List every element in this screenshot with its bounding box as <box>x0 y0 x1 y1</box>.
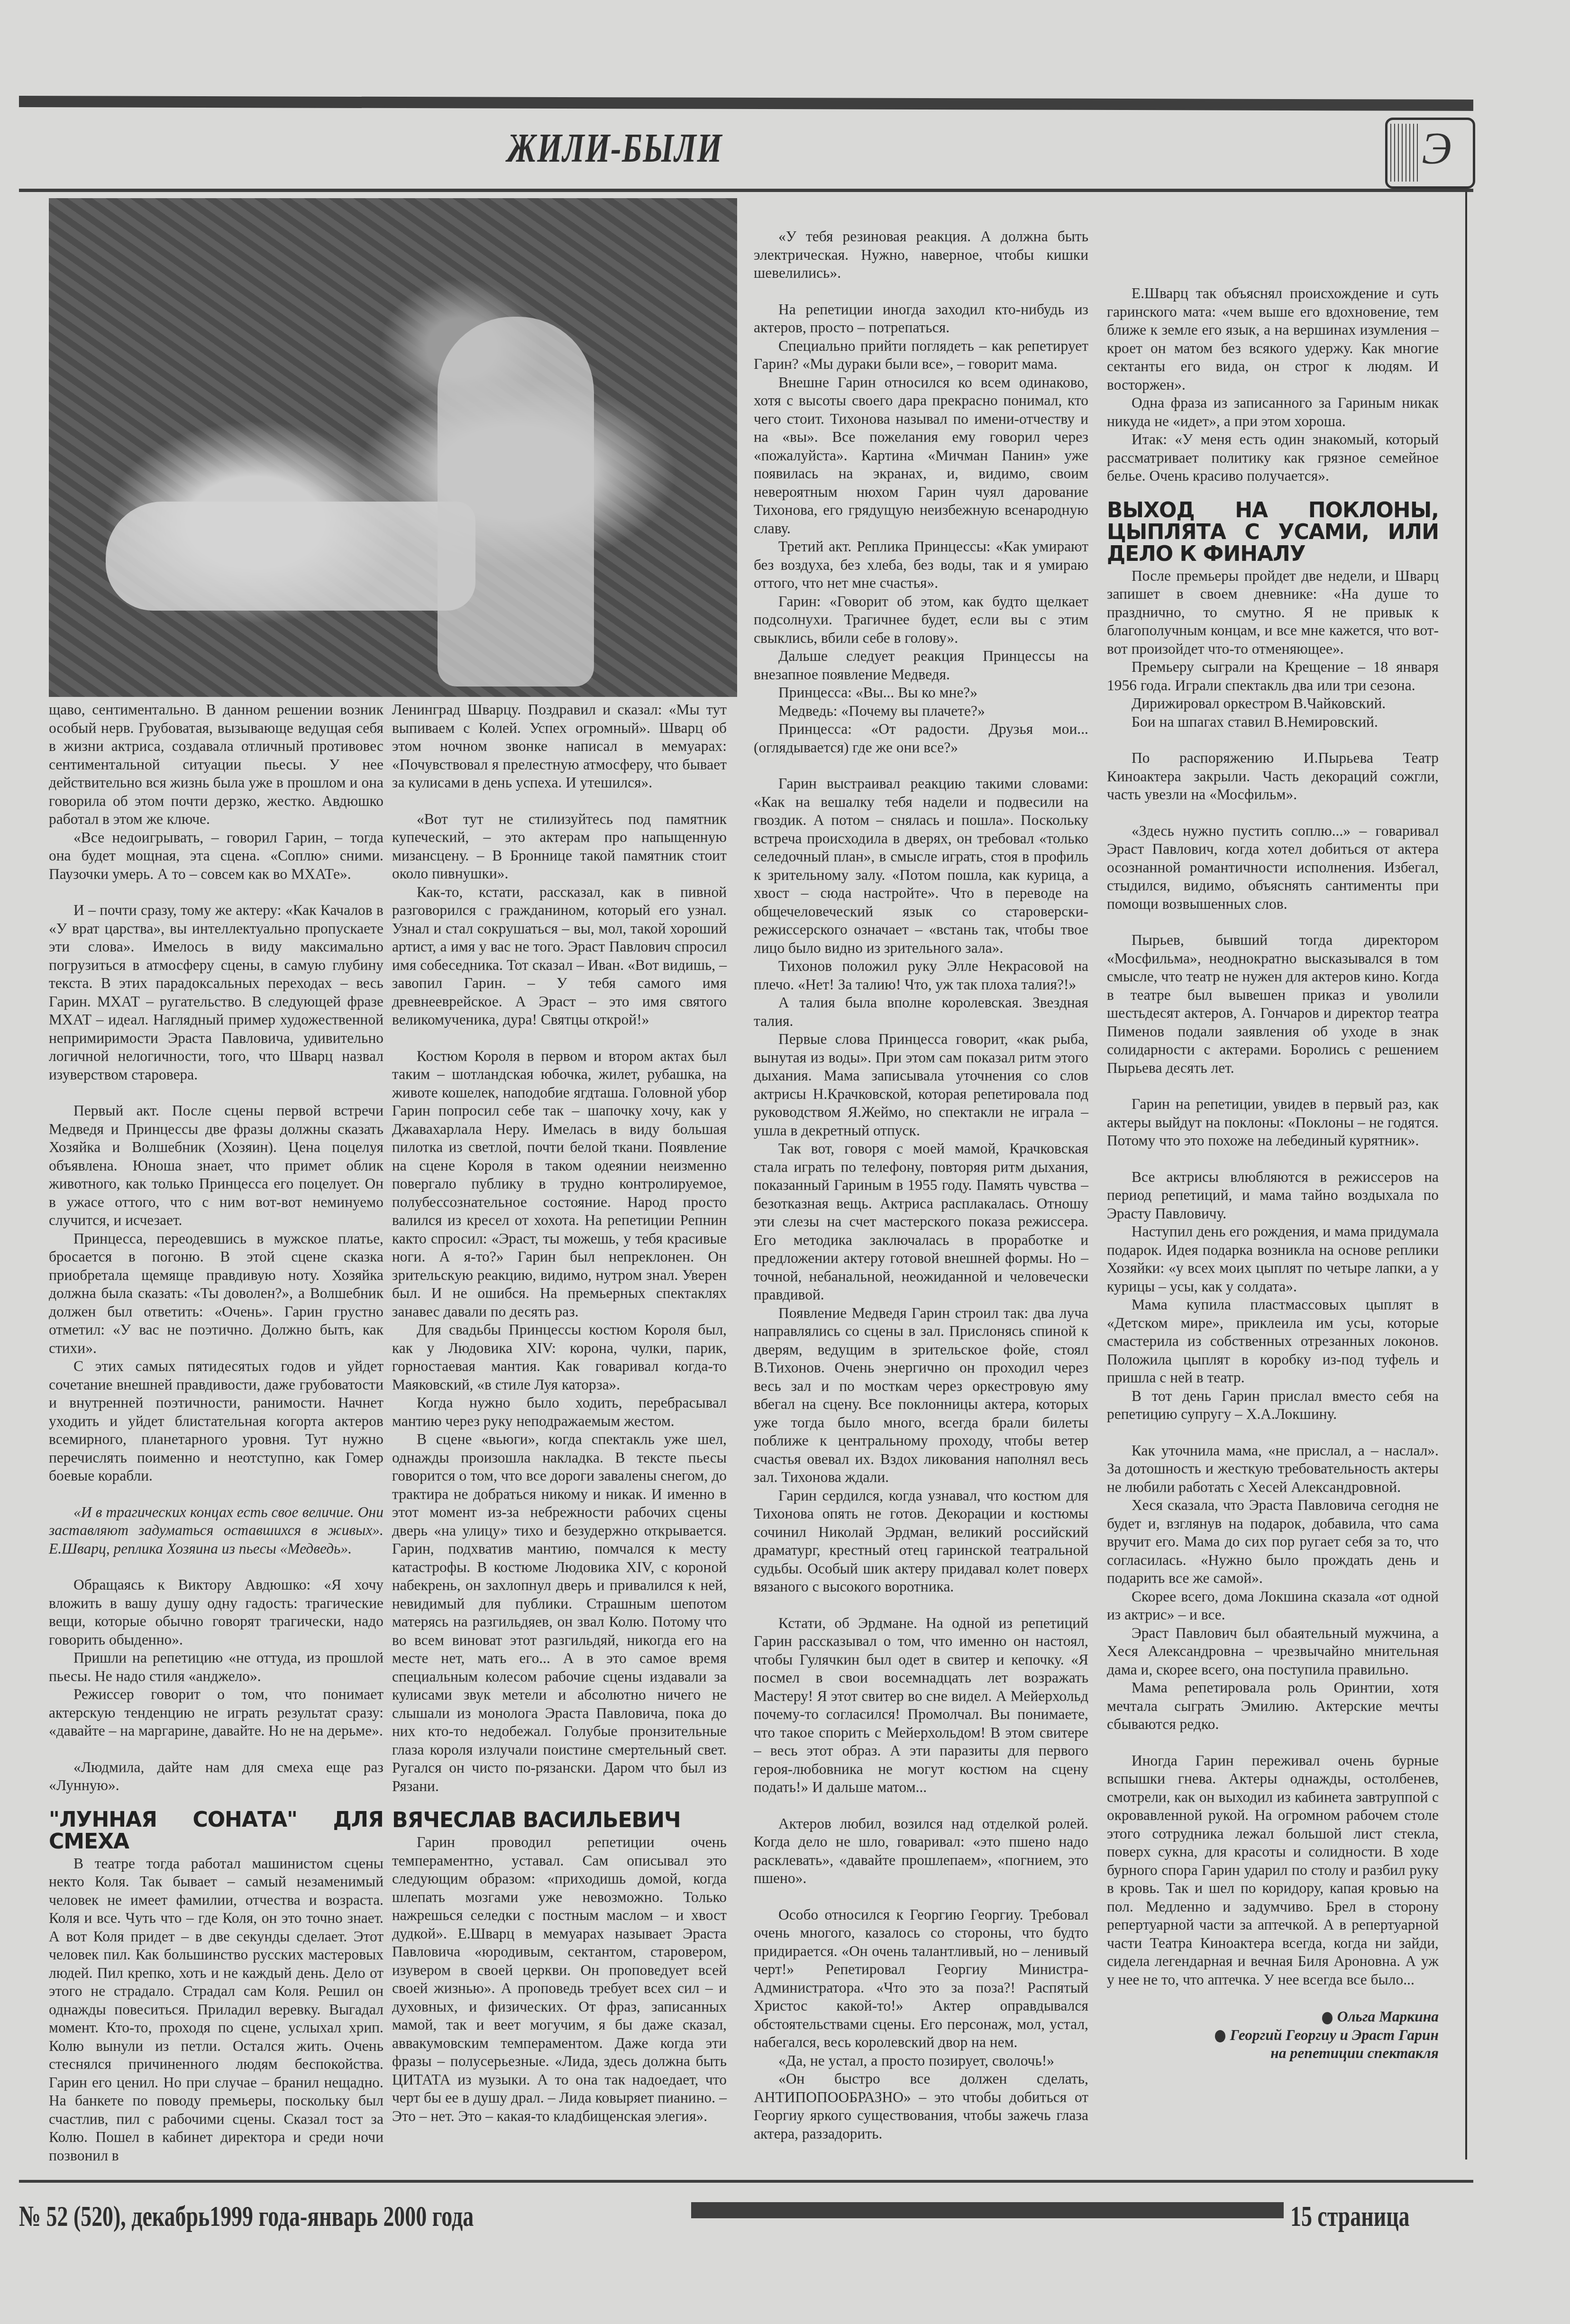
paragraph: Принцесса, переодевшись в мужское платье… <box>49 1230 383 1358</box>
paragraph: Наступил день его рождения, и мама приду… <box>1107 1223 1439 1296</box>
paragraph: Е.Шварц так объяснял происхождение и сут… <box>1107 284 1439 394</box>
paragraph: И – почти сразу, тому же актеру: «Как Ка… <box>49 901 383 1084</box>
paragraph: После премьеры пройдет две недели, и Шва… <box>1107 567 1439 659</box>
paragraph: Все актрисы влюбляются в режиссеров на п… <box>1107 1168 1439 1223</box>
paragraph: Первый акт. После сцены первой встречи М… <box>49 1102 383 1230</box>
article-column-4: Е.Шварц так объяснял происхождение и сут… <box>1107 284 1439 2063</box>
paragraph: Специально прийти поглядеть – как репети… <box>754 337 1088 374</box>
paragraph: «Да, не устал, а просто позирует, сволоч… <box>754 2052 1088 2070</box>
issue-info: № 52 (520), декабрь1999 года-январь 2000… <box>19 2200 474 2233</box>
paragraph: Пырьев, бывший тогда директором «Мосфиль… <box>1107 931 1439 1077</box>
photo-caption-line-2: на репетиции спектакля <box>1107 2044 1439 2063</box>
photo-figure-reclining <box>106 502 475 611</box>
paragraph: Медведь: «Почему вы плачете?» <box>754 702 1088 721</box>
paragraph: Дальше следует реакция Принцессы на внез… <box>754 647 1088 684</box>
paragraph: Гарин выстраивал реакцию такими словами:… <box>754 775 1088 957</box>
paragraph: «Все недоигрывать, – говорил Гарин, – то… <box>49 829 383 884</box>
paragraph: Как-то, кстати, рассказал, как в пивной … <box>392 883 727 1029</box>
paragraph: Мама репетировала роль Оринтии, хотя меч… <box>1107 1679 1439 1734</box>
paragraph: Иногда Гарин переживал очень бурные вспы… <box>1107 1752 1439 1989</box>
author-name: Ольга Маркина <box>1337 2008 1439 2025</box>
subheading: ВЫХОД НА ПОКЛОНЫ, ЦЫПЛЯТА С УСАМИ, ИЛИ Д… <box>1107 500 1439 565</box>
paragraph: Гарин: «Говорит об этом, как будто щелка… <box>754 593 1088 648</box>
paragraph: Так вот, говоря с моей мамой, Крачковска… <box>754 1140 1088 1304</box>
column-box-rule <box>1465 192 1467 2159</box>
bullet-icon <box>1322 2012 1333 2024</box>
paragraph: Кстати, об Эрдмане. На одной из репетици… <box>754 1614 1088 1797</box>
paragraph: Третий акт. Реплика Принцессы: «Как умир… <box>754 538 1088 593</box>
paragraph: Гарин на репетиции, увидев в первый раз,… <box>1107 1095 1439 1150</box>
paragraph: Гарин сердился, когда узнавал, что костю… <box>754 1487 1088 1596</box>
subheading: "ЛУННАЯ СОНАТА" ДЛЯ СМЕХА <box>49 1809 383 1853</box>
paragraph: Скорее всего, дома Локшина сказала «от о… <box>1107 1588 1439 1624</box>
subheading: ВЯЧЕСЛАВ ВАСИЛЬЕВИЧ <box>392 1810 727 1831</box>
paragraph: Первые слова Принцесса говорит, «как рыб… <box>754 1030 1088 1140</box>
paragraph: Принцесса: «Вы... Вы ко мне?» <box>754 684 1088 702</box>
epigraph-quote: «И в трагических концах есть свое величи… <box>49 1503 383 1558</box>
paragraph: Хеся сказала, что Эраста Павловича сегод… <box>1107 1496 1439 1588</box>
paragraph: По распоряжению И.Пырьева Театр Киноакте… <box>1107 749 1439 804</box>
paragraph: Актеров любил, возился над отделкой роле… <box>754 1815 1088 1888</box>
paragraph: Для свадьбы Принцессы костюм Короля был,… <box>392 1321 727 1394</box>
paragraph: Когда нужно было ходить, перебрасывал ма… <box>392 1394 727 1430</box>
paragraph: Появление Медведя Гарин строил так: два … <box>754 1304 1088 1487</box>
photo-caption-line: Георгий Георгиу и Эраст Гарин <box>1107 2026 1439 2045</box>
paragraph: Пришли на репетицию «не оттуда, из прошл… <box>49 1649 383 1685</box>
paragraph: Тихонов положил руку Элле Некрасовой на … <box>754 957 1088 994</box>
bullet-icon <box>1215 2030 1225 2042</box>
paragraph: Внешне Гарин относился ко всем одинаково… <box>754 374 1088 538</box>
footer-bar <box>691 2202 1284 2218</box>
photo-figure-standing <box>438 317 594 686</box>
header-top-bar <box>19 96 1473 111</box>
paragraph: Мама купила пластмассовых цыплят в «Детс… <box>1107 1296 1439 1387</box>
paragraph: Как уточнила мама, «не прислал, а – насл… <box>1107 1442 1439 1497</box>
paragraph: Обращаясь к Виктору Авдюшко: «Я хочу вло… <box>49 1576 383 1649</box>
curtain-lines-icon <box>1390 124 1419 182</box>
es-logo-icon: Э <box>1422 122 1451 174</box>
article-column-1: щаво, сентиментально. В данном решении в… <box>49 701 383 2165</box>
paragraph: Одна фраза из записанного за Гариным ник… <box>1107 394 1439 430</box>
paragraph: «Здесь нужно пустить соплю...» – говарив… <box>1107 822 1439 914</box>
paragraph: Итак: «У меня есть один знакомый, которы… <box>1107 430 1439 485</box>
paragraph: Костюм Короля в первом и втором актах бы… <box>392 1047 727 1321</box>
paragraph: В театре тогда работал машинистом сцены … <box>49 1855 383 2165</box>
section-title: ЖИЛИ-БЫЛИ <box>507 124 722 172</box>
paragraph: Ленинград Шварцу. Поздравил и сказал: «М… <box>392 701 727 792</box>
article-column-2: Ленинград Шварцу. Поздравил и сказал: «М… <box>392 701 727 2125</box>
paragraph: Эраст Павлович был обаятельный мужчина, … <box>1107 1624 1439 1679</box>
paragraph: Бои на шпагах ставил В.Немировский. <box>1107 713 1439 732</box>
article-column-3: «У тебя резиновая реакция. А должна быть… <box>754 228 1088 2143</box>
author-line: Ольга Маркина <box>1107 2008 1439 2026</box>
paragraph: щаво, сентиментально. В данном решении в… <box>49 701 383 829</box>
photo-caption: Георгий Георгиу и Эраст Гарин <box>1230 2027 1439 2043</box>
paragraph: «Людмила, дайте нам для смеха еще раз «Л… <box>49 1758 383 1795</box>
article-credits: Ольга Маркина Георгий Георгиу и Эраст Га… <box>1107 2008 1439 2063</box>
paragraph: В сцене «вьюги», когда спектакль уже шел… <box>392 1430 727 1795</box>
paragraph: В тот день Гарин прислал вместо себя на … <box>1107 1387 1439 1424</box>
header-rule <box>19 189 1473 192</box>
paragraph: Премьеру сыграли на Крещение – 18 января… <box>1107 658 1439 695</box>
masthead-logo: Э <box>1385 118 1475 189</box>
paragraph: Режиссер говорит о том, что понимает акт… <box>49 1685 383 1740</box>
paragraph: Дирижировал оркестром В.Чайковский. <box>1107 695 1439 713</box>
footer-rule <box>19 2180 1473 2183</box>
rehearsal-photo <box>49 198 737 697</box>
paragraph: На репетиции иногда заходил кто-нибудь и… <box>754 301 1088 337</box>
paragraph: «Он быстро все должен сделать, АНТИПОПОО… <box>754 2070 1088 2143</box>
paragraph: Особо относился к Георгию Георгиу. Требо… <box>754 1906 1088 2052</box>
paragraph: А талия была вполне королевская. Звездна… <box>754 994 1088 1030</box>
paragraph: Гарин проводил репетиции очень темпераме… <box>392 1833 727 2125</box>
page-number: 15 страница <box>1290 2200 1410 2233</box>
paragraph: «У тебя резиновая реакция. А должна быть… <box>754 228 1088 283</box>
paragraph: «Вот тут не стилизуйтесь под памятник ку… <box>392 810 727 883</box>
paragraph: С этих самых пятидесятых годов и уйдет с… <box>49 1357 383 1485</box>
paragraph: Принцесса: «От радости. Друзья мои... (о… <box>754 720 1088 757</box>
